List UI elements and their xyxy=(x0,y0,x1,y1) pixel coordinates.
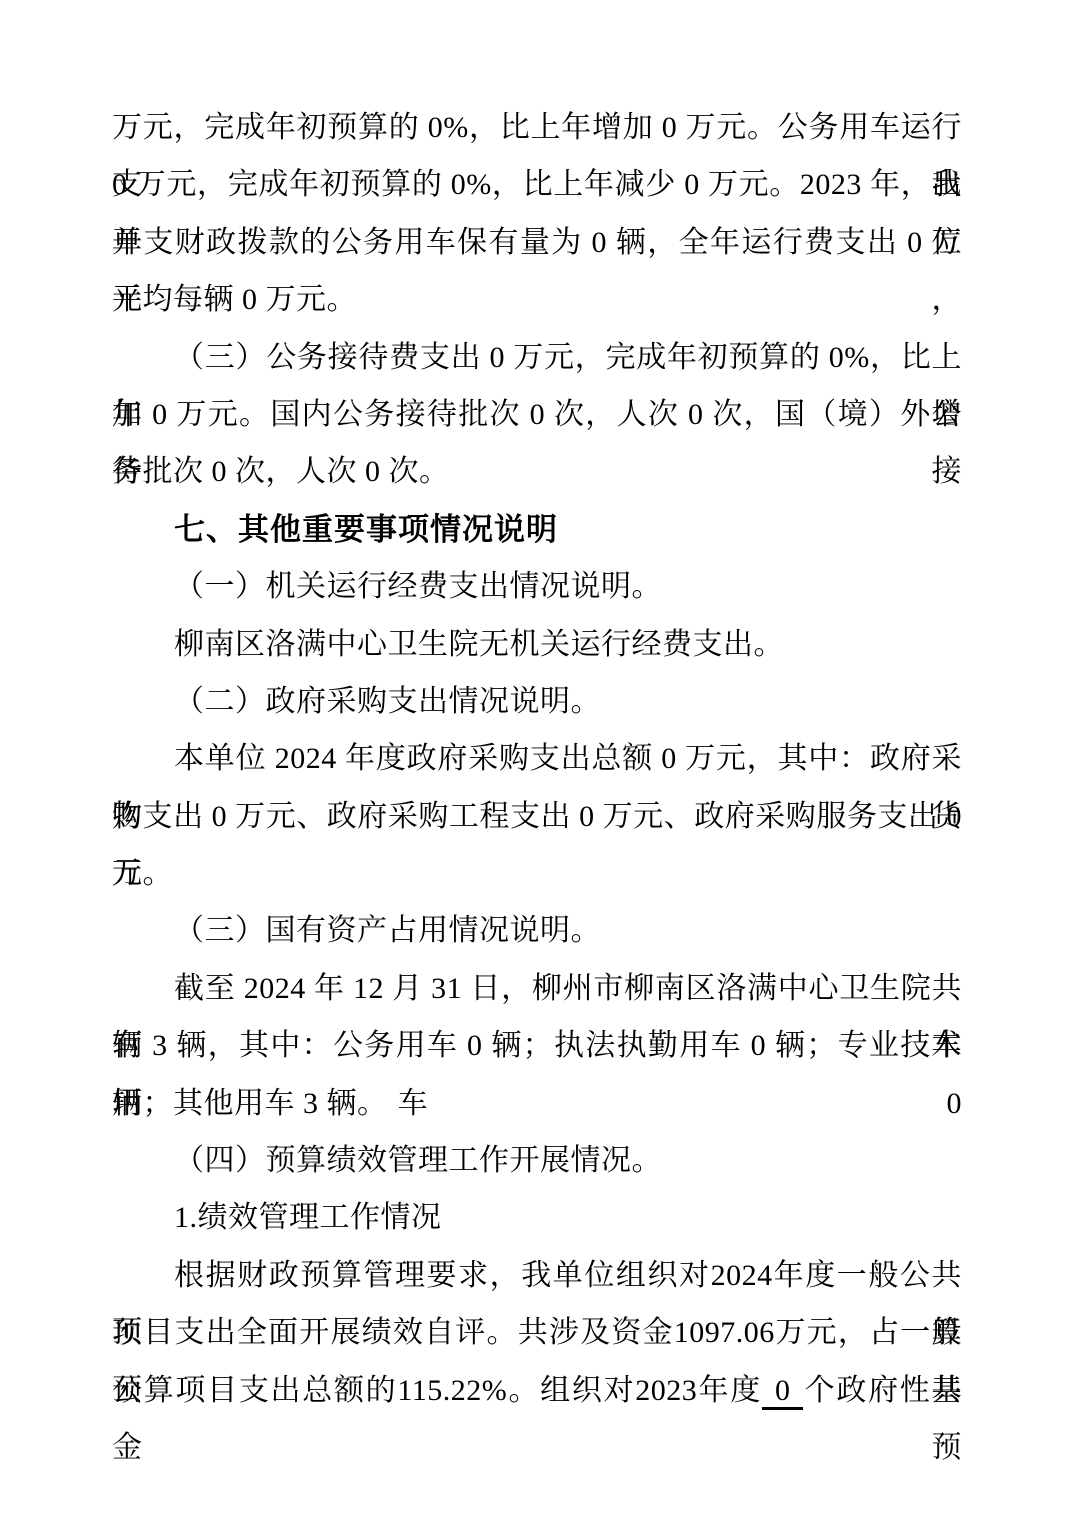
text-line-14: 元。 xyxy=(112,845,962,902)
section-heading: 七、其他重要事项情况说明 xyxy=(112,501,962,558)
document-page: 万元，完成年初预算的 0%，比上年增加 0 万元。公务用车运行支出 0 万元，完… xyxy=(0,0,1074,1520)
text-line-22: 项目支出全面开展绩效自评。共涉及资金1097.06万元，占一般公共 xyxy=(112,1304,962,1361)
text-line-15: （三）国有资产占用情况说明。 xyxy=(112,902,962,959)
text-line-10: 柳南区洛满中心卫生院无机关运行经费支出。 xyxy=(112,616,962,673)
text-line-20: 1.绩效管理工作情况 xyxy=(112,1189,962,1246)
underlined-blank-value: 0 xyxy=(762,1374,804,1410)
text-line-23: 预算项目支出总额的115.22%。组织对2023年度0个政府性基金预 xyxy=(112,1362,962,1419)
text-line-1: 万元，完成年初预算的 0%，比上年增加 0 万元。公务用车运行支出 xyxy=(112,99,962,156)
text-line-16: 截至 2024 年 12 月 31 日，柳州市柳南区洛满中心卫生院共有车 xyxy=(112,960,962,1017)
text-line-13: 物支出 0 万元、政府采购工程支出 0 万元、政府采购服务支出 0 万 xyxy=(112,788,962,845)
text-line-2: 0 万元，完成年初预算的 0%，比上年减少 0 万元。2023 年，我单位 xyxy=(112,156,962,213)
text-line-6: 加 0 万元。国内公务接待批次 0 次，人次 0 次，国（境）外公务接 xyxy=(112,386,962,443)
text-line-3: 开支财政拨款的公务用车保有量为 0 辆，全年运行费支出 0 万元， xyxy=(112,214,962,271)
text-line-11: （二）政府采购支出情况说明。 xyxy=(112,673,962,730)
text-line-19: （四）预算绩效管理工作开展情况。 xyxy=(112,1132,962,1189)
text-pre-blank: 预算项目支出总额的115.22%。组织对2023年度 xyxy=(112,1374,762,1407)
text-line-21: 根据财政预算管理要求，我单位组织对2024年度一般公共预算 xyxy=(112,1247,962,1304)
text-line-5: （三）公务接待费支出 0 万元，完成年初预算的 0%，比上年增 xyxy=(112,329,962,386)
text-line-9: （一）机关运行经费支出情况说明。 xyxy=(112,558,962,615)
text-line-12: 本单位 2024 年度政府采购支出总额 0 万元，其中：政府采购货 xyxy=(112,730,962,787)
document-content: 万元，完成年初预算的 0%，比上年增加 0 万元。公务用车运行支出 0 万元，完… xyxy=(112,99,962,1419)
text-line-17: 辆 3 辆，其中：公务用车 0 辆；执法执勤用车 0 辆；专业技术用车 0 xyxy=(112,1017,962,1074)
